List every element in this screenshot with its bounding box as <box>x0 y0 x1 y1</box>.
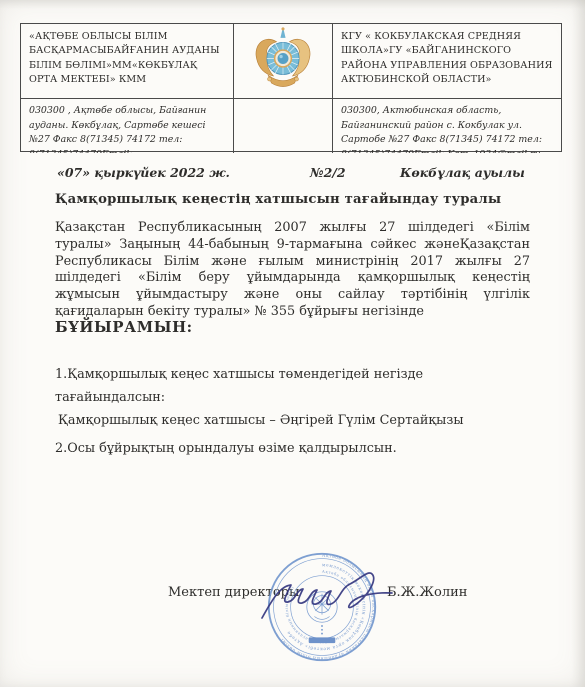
order-date: «07» қыркүйек 2022 ж. <box>57 165 230 180</box>
order-place: Көкбұлақ ауылы <box>400 165 525 180</box>
org-name-kazakh: «АҚТӨБЕ ОБЛЫСЫ БІЛІМ БАСҚАРМАСЫБАЙҒАНИН … <box>21 24 233 88</box>
order-title: Қамқоршылық кеңестің хатшысын тағайындау… <box>55 192 501 207</box>
handwritten-signature <box>230 555 410 645</box>
kazakhstan-emblem-icon <box>250 25 316 98</box>
letterhead-left-cell: «АҚТӨБЕ ОБЛЫСЫ БІЛІМ БАСҚАРМАСЫБАЙҒАНИН … <box>21 24 234 98</box>
address-left-cell: 030300 , Ақтөбе облысы, Байғанин ауданы.… <box>21 98 234 153</box>
item-1-line-1: 1.Қамқоршылық кеңес хатшысы төмендегідей… <box>55 363 535 409</box>
address-right-cell: 030300, Актюбинская область, Байганински… <box>333 98 561 153</box>
order-number: №2/2 <box>310 165 346 180</box>
address-russian: 030300, Актюбинская область, Байганински… <box>333 99 561 153</box>
address-center-cell <box>234 98 333 153</box>
letterhead-table: «АҚТӨБЕ ОБЛЫСЫ БІЛІМ БАСҚАРМАСЫБАЙҒАНИН … <box>20 23 562 152</box>
item-1-line-2: Қамқоршылық кеңес хатшысы – Әңгірей Гүлі… <box>55 409 535 432</box>
order-heading: БҰЙЫРАМЫН: <box>55 319 193 336</box>
order-preamble: Қазақстан Республикасының 2007 жылғы 27 … <box>55 220 530 321</box>
letterhead-right-cell: КГУ « КОКБУЛАКСКАЯ СРЕДНЯЯ ШКОЛА»ГУ «БАЙ… <box>333 24 561 98</box>
org-name-russian: КГУ « КОКБУЛАКСКАЯ СРЕДНЯЯ ШКОЛА»ГУ «БАЙ… <box>333 24 561 88</box>
letterhead-emblem-cell <box>234 24 333 98</box>
order-item-2: 2.Осы бұйрықтың орындалуы өзіме қалдырыл… <box>55 441 535 456</box>
order-item-1: 1.Қамқоршылық кеңес хатшысы төмендегідей… <box>55 363 535 432</box>
scanned-order-document: «АҚТӨБЕ ОБЛЫСЫ БІЛІМ БАСҚАРМАСЫБАЙҒАНИН … <box>0 0 585 687</box>
address-kazakh: 030300 , Ақтөбе облысы, Байғанин ауданы.… <box>21 99 233 153</box>
